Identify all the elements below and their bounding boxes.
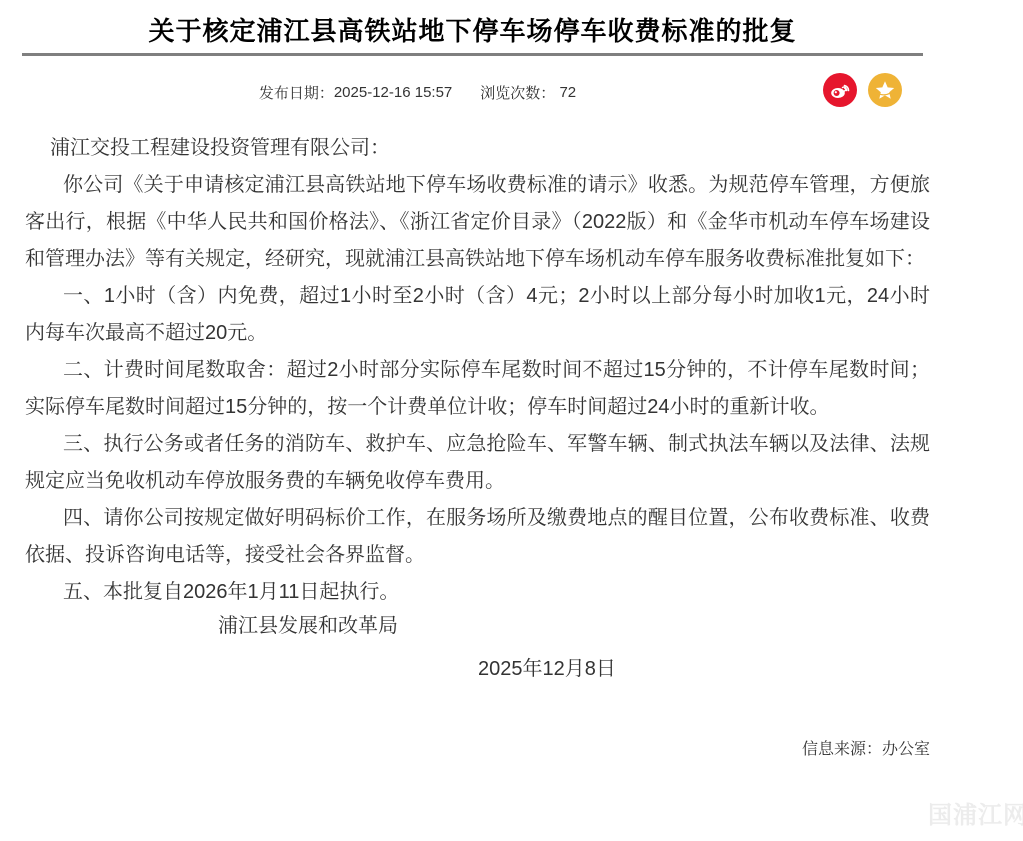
meta-row: 发布日期：2025-12-16 15:57浏览次数： 72 — [22, 56, 923, 110]
paragraph-intro: 你公司《关于申请核定浦江县高铁站地下停车场收费标准的请示》收悉。为规范停车管理，… — [25, 167, 930, 278]
paragraph-item-2: 二、计费时间尾数取舍：超过2小时部分实际停车尾数时间不超过15分钟的，不计停车尾… — [25, 352, 930, 426]
views-value: 72 — [559, 84, 576, 101]
weibo-icon — [828, 78, 852, 102]
issuer-signature: 浦江县发展和改革局 — [218, 611, 930, 641]
signature-date: 2025年12月8日 — [478, 654, 930, 684]
views-label: 浏览次数： — [480, 85, 555, 102]
publish-date-label: 发布日期： — [259, 85, 334, 102]
weibo-share-button[interactable] — [823, 73, 857, 107]
info-source: 信息来源：办公室 — [25, 731, 930, 768]
meta-text: 发布日期：2025-12-16 15:57浏览次数： 72 — [22, 56, 923, 103]
share-icons — [823, 73, 902, 107]
document-body: 浦江交投工程建设投资管理有限公司： 你公司《关于申请核定浦江县高铁站地下停车场收… — [25, 130, 930, 768]
qzone-star-icon — [874, 79, 896, 101]
paragraph-item-3: 三、执行公务或者任务的消防车、救护车、应急抢险车、军警车辆、制式执法车辆以及法律… — [25, 426, 930, 500]
page-title: 关于核定浦江县高铁站地下停车场停车收费标准的批复 — [22, 0, 923, 48]
addressee-line: 浦江交投工程建设投资管理有限公司： — [25, 130, 930, 167]
publish-date-value: 2025-12-16 15:57 — [334, 84, 452, 101]
paragraph-item-4: 四、请你公司按规定做好明码标价工作，在服务场所及缴费地点的醒目位置，公布收费标准… — [25, 500, 930, 574]
document-page: 关于核定浦江县高铁站地下停车场停车收费标准的批复 发布日期：2025-12-16… — [22, 0, 923, 768]
qzone-share-button[interactable] — [868, 73, 902, 107]
paragraph-item-1: 一、1小时（含）内免费，超过1小时至2小时（含）4元；2小时以上部分每小时加收1… — [25, 278, 930, 352]
site-watermark: 国浦江网 — [928, 795, 1023, 830]
paragraph-item-5: 五、本批复自2026年1月11日起执行。 — [25, 574, 930, 611]
